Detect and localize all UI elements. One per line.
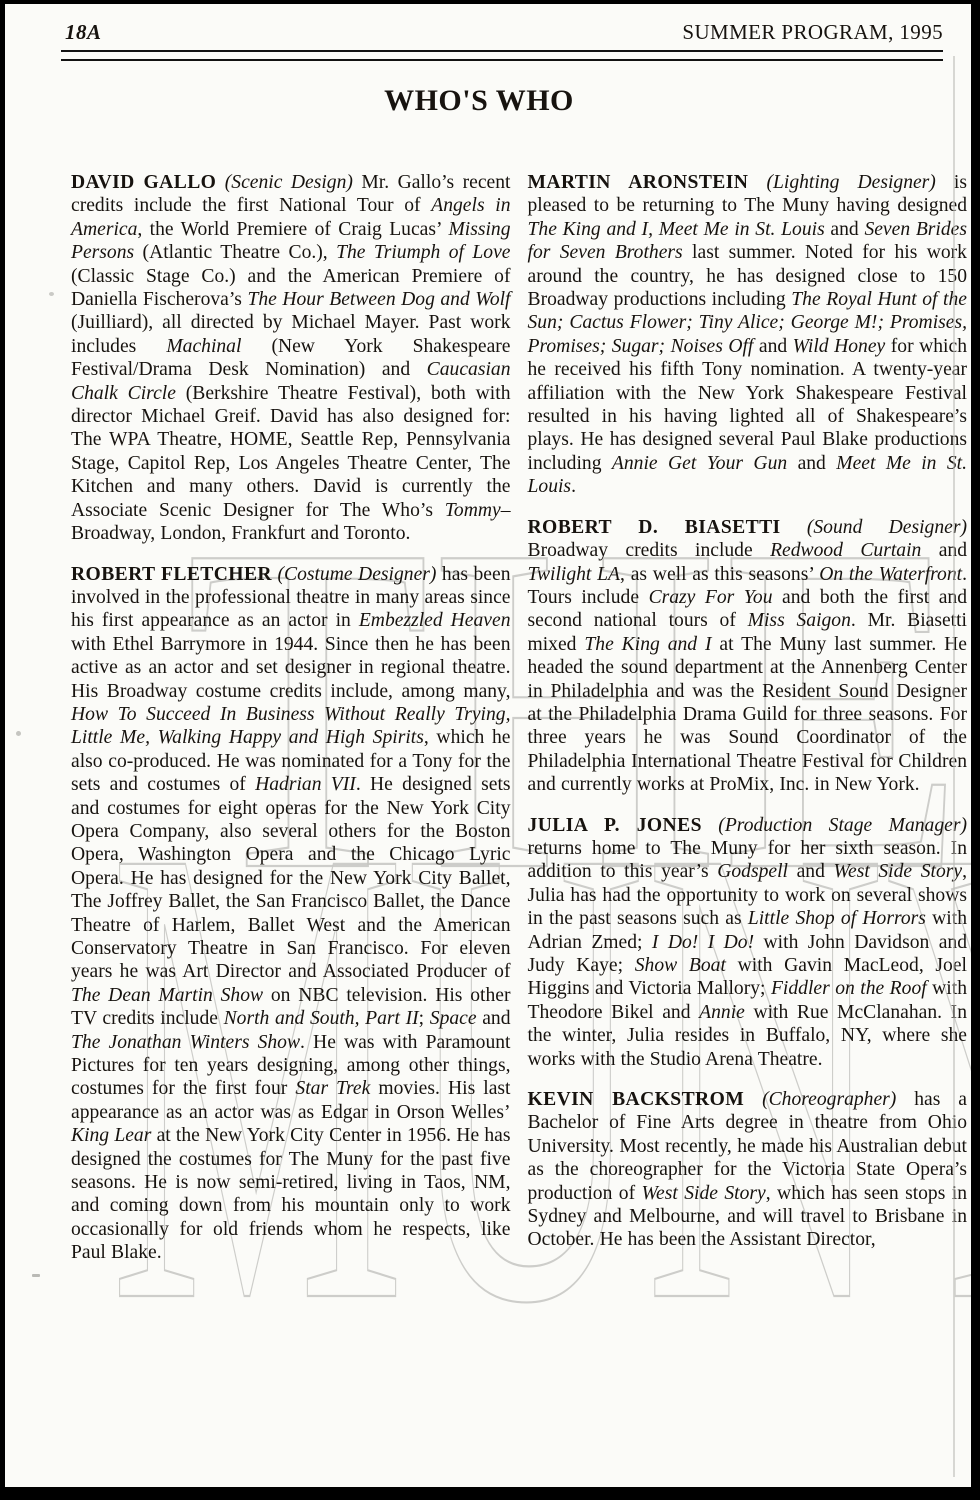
bio-title-italic: North and South, Part II (224, 1008, 419, 1029)
bio-title-italic: On the Waterfront (819, 564, 962, 585)
bio-title-italic: The Hour Between Dog and Wolf (247, 289, 510, 310)
bio-title-italic: West Side Story (642, 1183, 766, 1204)
bio-name: DAVID GALLO (71, 172, 216, 193)
bio-title-italic: Twilight LA (528, 564, 621, 585)
bio-title-italic: Space (430, 1008, 477, 1029)
header-double-rule (61, 50, 943, 61)
bio-title-italic: Crazy For You (649, 587, 773, 608)
bio-title-italic: King Lear (71, 1125, 151, 1146)
bio-text: and (477, 1008, 511, 1029)
bio-title-italic: Embezzled Heaven (359, 610, 511, 631)
bio-david-gallo: DAVID GALLO (Scenic Design) Mr. Gallo’s … (71, 171, 511, 546)
scan-artifact-speck (49, 292, 54, 296)
bio-text: , the World Premiere of Craig Lucas’ (137, 219, 448, 240)
bio-role: (Production Stage Manager) (718, 815, 967, 836)
bio-text: with Ethel Barrymore in 1944. Since then… (71, 634, 511, 702)
bio-name: JULIA P. JONES (528, 815, 702, 836)
bio-text: and (788, 861, 834, 882)
bio-martin-aronstein: MARTIN ARONSTEIN (Lighting Designer) is … (528, 171, 968, 499)
column-left: DAVID GALLO (Scenic Design) Mr. Gallo’s … (71, 171, 511, 1282)
bio-title-italic: The Jonathan Winters Show (71, 1032, 300, 1053)
bio-name: MARTIN ARONSTEIN (528, 172, 749, 193)
bio-title-italic: Annie Get Your Gun (612, 453, 787, 474)
scan-artifact-speck (16, 731, 21, 736)
bio-text: ; (419, 1008, 430, 1029)
bio-title-italic: The King and I (584, 634, 711, 655)
page-number: 18A (65, 20, 102, 45)
bio-title-italic: Miss Saigon (748, 610, 851, 631)
bio-text: at The Muny last summer. He headed the s… (528, 634, 968, 795)
bio-title-italic: Machinal (166, 336, 241, 357)
bio-title-italic: Show Boat (635, 955, 726, 976)
bio-robert-d-biasetti: ROBERT D. BIASETTI (Sound Designer) Broa… (528, 516, 968, 797)
bio-title-italic: Little Shop of Horrors (748, 908, 926, 929)
bio-title-italic: Fiddler on the Roof (771, 978, 927, 999)
bio-text: . He designed sets and costumes for eigh… (71, 774, 511, 982)
bio-role: (Scenic Design) (225, 172, 353, 193)
bio-role: (Sound Designer) (807, 517, 967, 538)
bio-name: ROBERT FLETCHER (71, 564, 272, 585)
bio-title-italic: Redwood Curtain (770, 540, 921, 561)
scan-artifact-speck (32, 1274, 40, 1277)
column-right: MARTIN ARONSTEIN (Lighting Designer) is … (528, 171, 968, 1282)
bio-text: (Atlantic Theatre Co.), (134, 242, 336, 263)
bio-title-italic: The Dean Martin Show (71, 985, 263, 1006)
bio-title-italic: West Side Story (833, 861, 962, 882)
bio-title-italic: Star Trek (295, 1078, 370, 1099)
bio-kevin-backstrom: KEVIN BACKSTROM (Choreographer) has a Ba… (528, 1088, 968, 1252)
bio-text: and (753, 336, 792, 357)
bio-title-italic: Wild Honey (793, 336, 886, 357)
page-content: 18A SUMMER PROGRAM, 1995 WHO'S WHO DAVID… (5, 4, 971, 1487)
bio-text: Broadway credits include (528, 540, 771, 561)
bio-role: (Lighting Designer) (766, 172, 935, 193)
issue-label: SUMMER PROGRAM, 1995 (682, 20, 943, 45)
bio-text: and (825, 219, 865, 240)
bio-text: , as well as this seasons’ (620, 564, 819, 585)
bio-role: (Choreographer) (762, 1089, 896, 1110)
page-header: 18A SUMMER PROGRAM, 1995 (65, 20, 943, 45)
bio-title-italic: The Triumph of Love (336, 242, 510, 263)
scan-artifact-line (953, 56, 955, 1477)
bio-text: and (787, 453, 836, 474)
bio-text: and (921, 540, 967, 561)
bio-role: (Costume Designer) (277, 564, 436, 585)
bio-title-italic: Godspell (717, 861, 788, 882)
bio-title-italic: Tommy (445, 500, 501, 521)
bio-title-italic: The King and I, Meet Me in St. Louis (528, 219, 825, 240)
bio-title-italic: Hadrian VII (255, 774, 356, 795)
bio-julia-p-jones: JULIA P. JONES (Production Stage Manager… (528, 814, 968, 1071)
bio-name: ROBERT D. BIASETTI (528, 517, 781, 538)
bio-title-italic: I Do! I Do! (652, 932, 754, 953)
bio-name: KEVIN BACKSTROM (528, 1089, 745, 1110)
program-page: THE MUNY 18A SUMMER PROGRAM, 1995 WHO'S … (0, 0, 980, 1500)
page-title: WHO'S WHO (5, 84, 953, 118)
bio-title-italic: Annie (699, 1002, 745, 1023)
bio-columns: DAVID GALLO (Scenic Design) Mr. Gallo’s … (71, 171, 967, 1282)
bio-text: . (571, 476, 576, 497)
bio-robert-fletcher: ROBERT FLETCHER (Costume Designer) has b… (71, 563, 511, 1265)
